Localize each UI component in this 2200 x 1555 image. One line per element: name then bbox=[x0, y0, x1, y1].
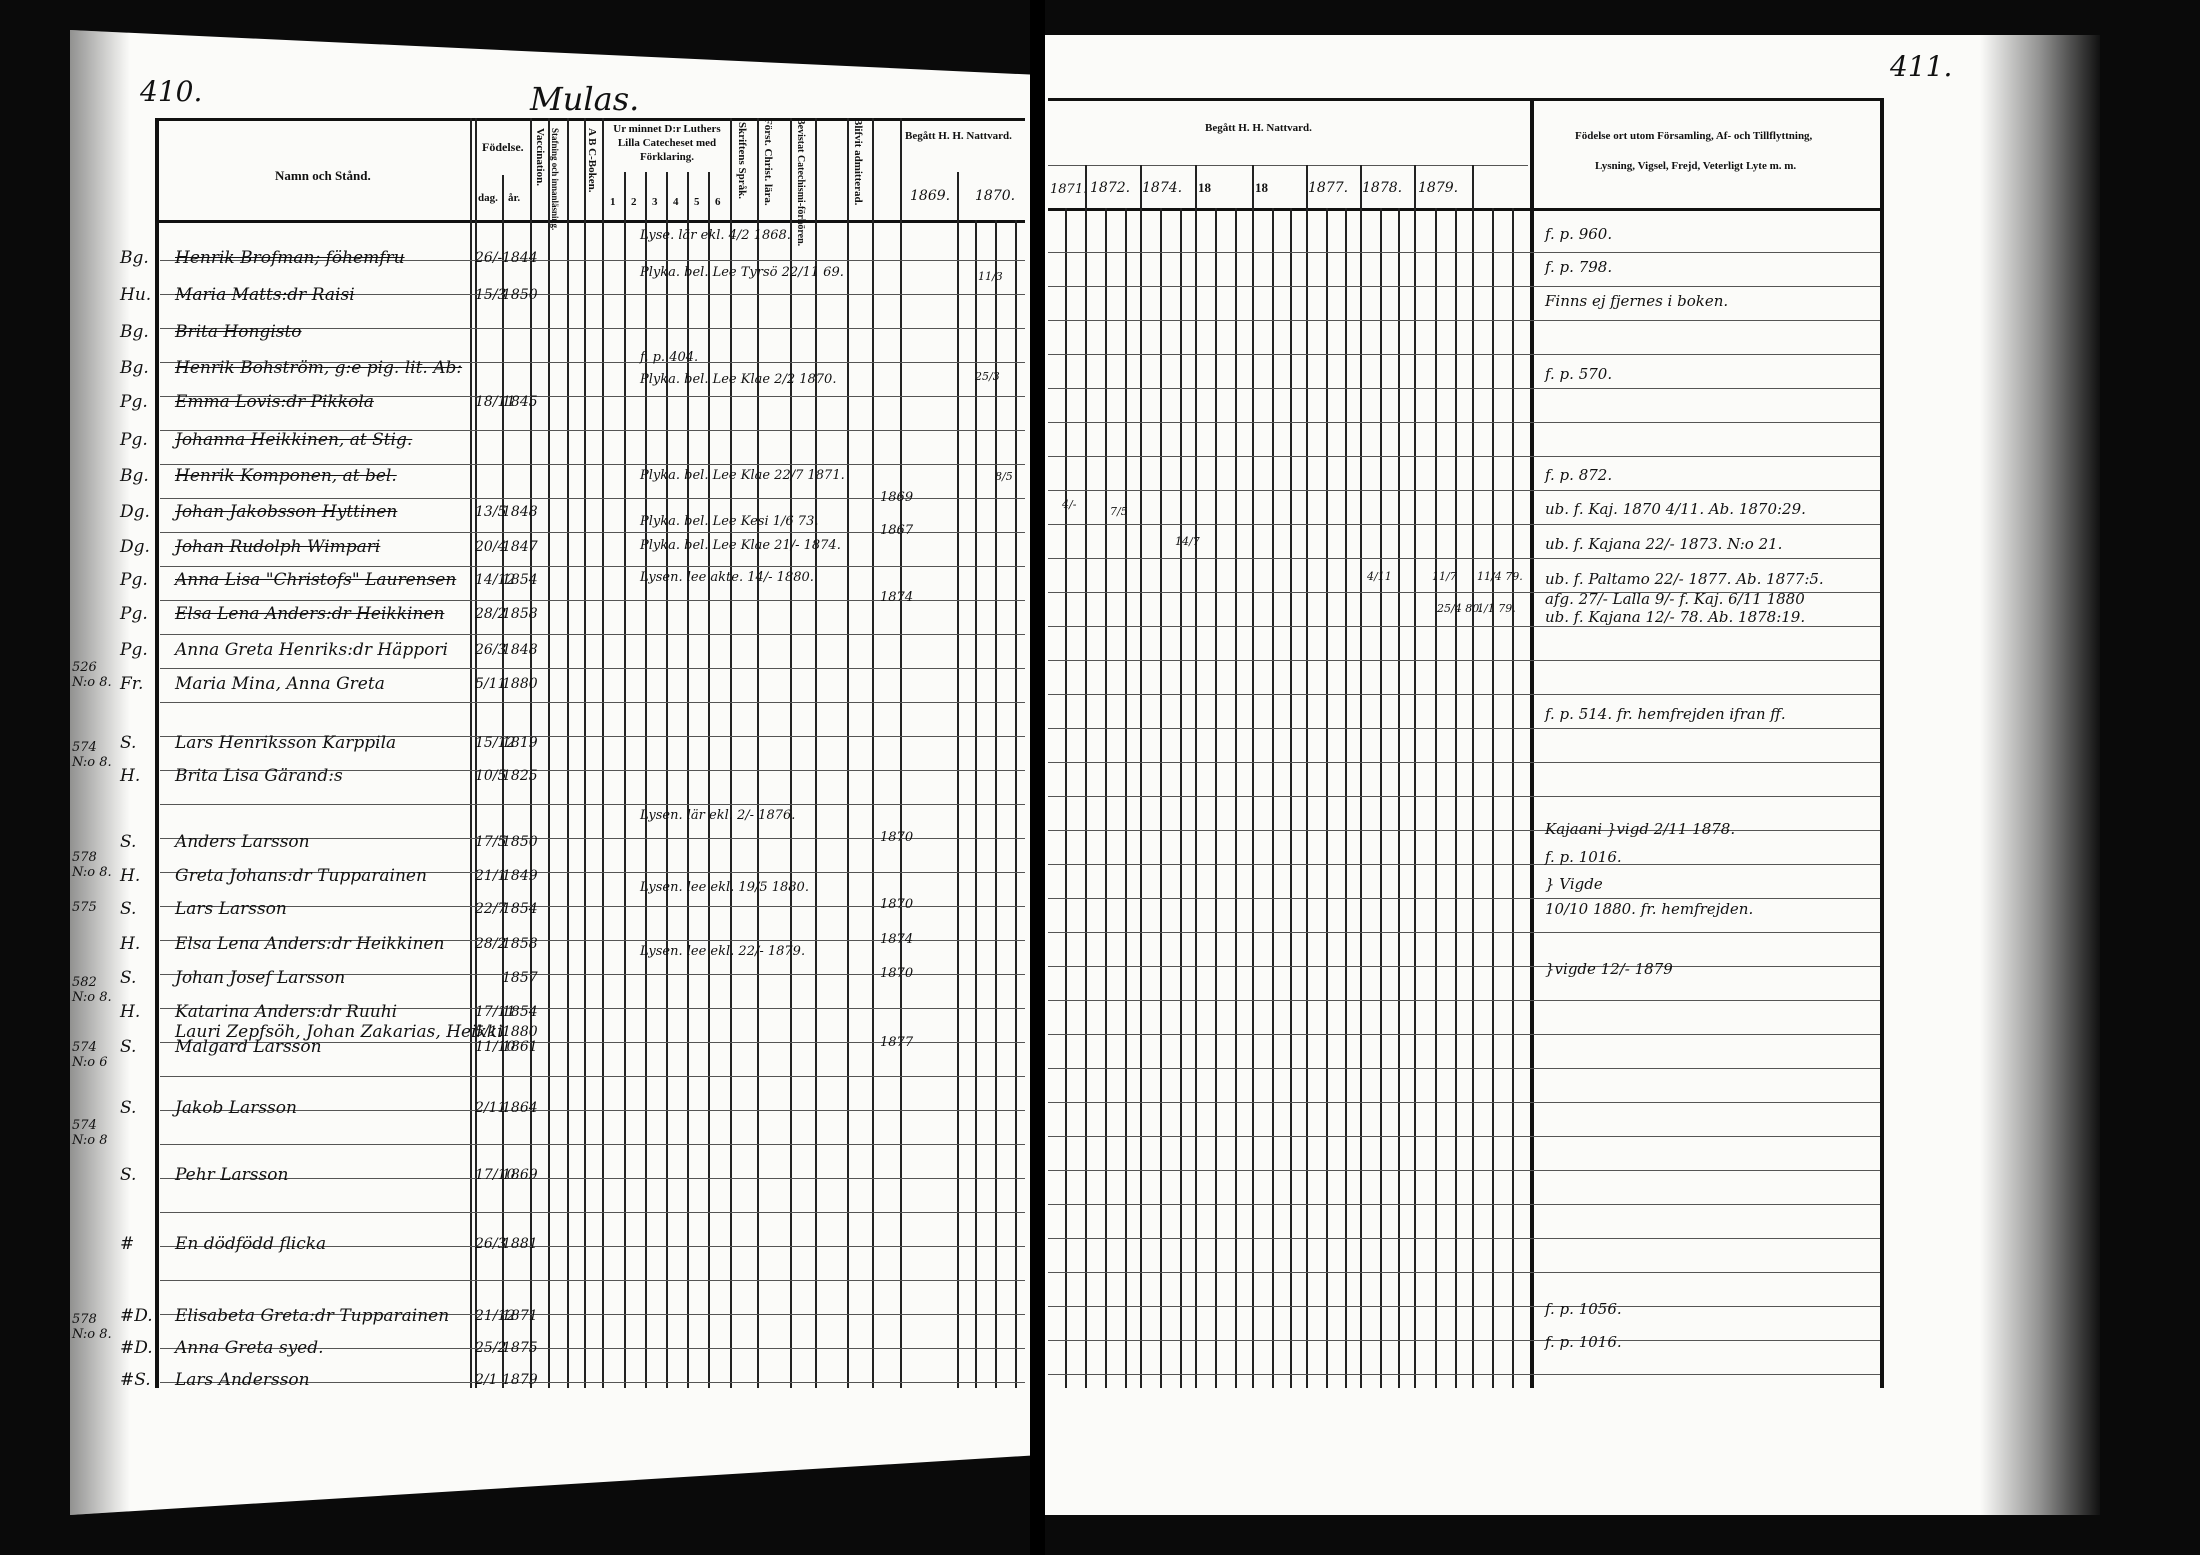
row-prefix: Pg. bbox=[120, 640, 148, 660]
ruled-line-left bbox=[160, 804, 1025, 805]
col-rule bbox=[1512, 208, 1514, 1388]
margin-reference: 574 N:o 8 bbox=[72, 1118, 112, 1148]
communion-mark: 11/7 bbox=[1432, 570, 1457, 583]
communion-year-1871: 1871. bbox=[1050, 182, 1087, 197]
header-communion-left: Begått H. H. Nattvard. bbox=[905, 130, 1012, 142]
birth-year: 1844 bbox=[502, 250, 538, 266]
admitted-year: 1869 bbox=[880, 490, 913, 505]
catechism-note: Lyse. lär ekl. 4/2 1868. bbox=[640, 228, 791, 243]
communion-year-blank-1: 18 bbox=[1198, 180, 1211, 196]
person-name: Anders Larsson bbox=[175, 832, 310, 852]
remark-entry: ub. f. Kajana 22/- 1873. N:o 21. bbox=[1545, 535, 1782, 553]
catechism-note: f. p. 404. bbox=[640, 350, 698, 365]
ruled-line-left bbox=[160, 1144, 1025, 1145]
communion-mark: 4/- bbox=[1062, 498, 1076, 511]
header-birth-day: dag. bbox=[478, 192, 498, 204]
col-rule bbox=[1235, 208, 1237, 1388]
row-prefix: Pg. bbox=[120, 570, 148, 590]
birth-year: 1871 bbox=[502, 1308, 538, 1324]
right-header-bottom-rule bbox=[1048, 208, 1883, 211]
ruled-line-right bbox=[1048, 966, 1880, 967]
right-year-rule bbox=[1048, 165, 1528, 166]
communion-mark: 14/7 bbox=[1175, 535, 1200, 548]
admitted-year: 1870 bbox=[880, 830, 913, 845]
remark-entry: f. p. 570. bbox=[1545, 365, 1612, 383]
ruled-line-right bbox=[1048, 456, 1880, 457]
table-row[interactable]: S.Jakob Larsson2/111864 bbox=[120, 1098, 1020, 1128]
birth-year: 1854 bbox=[502, 572, 538, 588]
row-prefix: H. bbox=[120, 1002, 140, 1022]
table-row[interactable]: #En dödfödd flicka26/31881 bbox=[120, 1234, 1020, 1264]
header-scripture: Skriftens Språk. bbox=[736, 122, 748, 217]
catechism-note: Plyka. bel. Lee Klae 21/- 1874. bbox=[640, 538, 841, 553]
birth-year: 1861 bbox=[502, 1039, 538, 1055]
ruled-line-right bbox=[1048, 1340, 1880, 1341]
table-row[interactable]: Bg.Henrik Bohström, g:e pig. lit. Ab: bbox=[120, 358, 1020, 388]
ruled-line-right bbox=[1048, 286, 1880, 287]
ruled-line-right bbox=[1048, 728, 1880, 729]
ruled-line-right bbox=[1048, 694, 1880, 695]
col-rule bbox=[1065, 208, 1067, 1388]
birth-year: 1849 bbox=[502, 868, 538, 884]
col-rule bbox=[1215, 208, 1217, 1388]
catechism-part-2: 2 bbox=[631, 196, 637, 208]
row-prefix: Dg. bbox=[120, 502, 150, 522]
person-name: Greta Johans:dr Tupparainen bbox=[175, 866, 427, 886]
row-prefix: H. bbox=[120, 934, 140, 954]
table-row[interactable]: Pg.Elsa Lena Anders:dr Heikkinen28/21858 bbox=[120, 604, 1020, 634]
right-page bbox=[1045, 35, 2100, 1515]
village-heading: Mulas. bbox=[530, 80, 639, 118]
person-name: Elsa Lena Anders:dr Heikkinen bbox=[175, 934, 444, 954]
remark-entry: ub. f. Kajana 12/- 78. Ab. 1878:19. bbox=[1545, 608, 1805, 626]
table-row[interactable]: #S.Lars Andersson2/11879 bbox=[120, 1370, 1020, 1400]
row-prefix: S. bbox=[120, 832, 136, 852]
margin-reference: 582 N:o 8. bbox=[72, 975, 112, 1005]
person-name: Jakob Larsson bbox=[175, 1098, 297, 1118]
remark-entry: 10/10 1880. fr. hemfrejden. bbox=[1545, 900, 1753, 918]
admitted-year: 1877 bbox=[880, 1035, 913, 1050]
left-header-bottom-rule bbox=[155, 220, 1025, 223]
birth-year: 1880 bbox=[502, 676, 538, 692]
margin-reference: 578 N:o 8. bbox=[72, 850, 112, 880]
ruled-line-right bbox=[1048, 660, 1880, 661]
person-name: Henrik Komponen, at bel. bbox=[175, 466, 397, 486]
col-rule bbox=[1435, 208, 1437, 1388]
communion-year-1872: 1872. bbox=[1090, 180, 1130, 196]
row-prefix: Bg. bbox=[120, 358, 149, 378]
person-name: Malgard Larsson bbox=[175, 1037, 322, 1057]
header-communion-right: Begått H. H. Nattvard. bbox=[1205, 122, 1312, 134]
ruled-line-right bbox=[1048, 762, 1880, 763]
remark-entry: ub. f. Paltamo 22/- 1877. Ab. 1877:5. bbox=[1545, 570, 1824, 588]
ruled-line-right bbox=[1048, 558, 1880, 559]
row-prefix: #D. bbox=[120, 1338, 153, 1358]
table-row[interactable]: S.Pehr Larsson17/101869 bbox=[120, 1165, 1020, 1195]
margin-reference: 574 N:o 8. bbox=[72, 740, 112, 770]
row-prefix: S. bbox=[120, 968, 136, 988]
person-name: Brita Lisa Gärand:s bbox=[175, 766, 343, 786]
person-name: Johan Josef Larsson bbox=[175, 968, 345, 988]
row-prefix: Pg. bbox=[120, 604, 148, 624]
table-row[interactable]: #D.Anna Greta syed.25/21875 bbox=[120, 1338, 1020, 1368]
communion-year-1879: 1879. bbox=[1418, 180, 1458, 196]
ruled-line-right bbox=[1048, 864, 1880, 865]
person-name: Anna Greta syed. bbox=[175, 1338, 324, 1358]
ruled-line-right bbox=[1048, 1102, 1880, 1103]
table-row[interactable]: Dg.Johan Rudolph Wimpari20/41847 bbox=[120, 537, 1020, 567]
col-rule bbox=[1180, 208, 1182, 1388]
remark-entry: f. p. 514. fr. hemfrejden ifran ff. bbox=[1545, 705, 1786, 723]
birth-year: 1850 bbox=[502, 287, 538, 303]
col-rule bbox=[1125, 208, 1127, 1388]
admitted-year: 1874 bbox=[880, 932, 913, 947]
birth-day: 26/- bbox=[475, 250, 502, 266]
communion-year-1874: 1874. bbox=[1142, 180, 1182, 196]
communion-year-1878: 1878. bbox=[1362, 180, 1402, 196]
catechism-note: Lysen. lär ekl. 2/- 1876. bbox=[640, 808, 795, 823]
person-name: Anna Lisa "Christofs" Laurensen bbox=[175, 570, 456, 590]
col-rule bbox=[1398, 208, 1400, 1388]
ruled-line-right bbox=[1048, 1374, 1880, 1375]
remark-entry: Kajaani }vigd 2/11 1878. bbox=[1545, 820, 1735, 838]
ruled-line-right bbox=[1048, 1136, 1880, 1137]
row-prefix: Pg. bbox=[120, 430, 148, 450]
ruled-line-right bbox=[1048, 898, 1880, 899]
header-catechism: Ur minnet D:r Luthers Lilla Catecheset m… bbox=[606, 122, 728, 164]
header-birth-year: år. bbox=[508, 192, 520, 204]
remark-entry: f. p. 1016. bbox=[1545, 848, 1622, 866]
row-prefix: S. bbox=[120, 899, 136, 919]
header-notes-line1: Födelse ort utom Församling, Af- och Til… bbox=[1575, 130, 1812, 142]
person-name: Maria Matts:dr Raisi bbox=[175, 285, 355, 305]
catechism-part-3: 3 bbox=[652, 196, 658, 208]
header-birth: Födelse. bbox=[482, 140, 524, 155]
right-table-right-border bbox=[1880, 98, 1884, 1388]
ruled-line-right bbox=[1048, 1170, 1880, 1171]
ruled-line-right bbox=[1048, 932, 1880, 933]
col-rule bbox=[1455, 208, 1457, 1388]
row-prefix: Fr. bbox=[120, 674, 143, 694]
catechism-part-6: 6 bbox=[715, 196, 721, 208]
communion-mark: 7/5 bbox=[1110, 505, 1128, 518]
catechism-part-1: 1 bbox=[610, 196, 616, 208]
row-prefix: #D. bbox=[120, 1306, 153, 1326]
person-name: Katarina Anders:dr Ruuhi bbox=[175, 1002, 397, 1022]
birth-year: 1845 bbox=[502, 394, 538, 410]
communion-year-1869: 1869. bbox=[910, 188, 950, 204]
birth-year: 1848 bbox=[502, 504, 538, 520]
person-name: Johanna Heikkinen, at Stig. bbox=[175, 430, 412, 450]
row-prefix: #S. bbox=[120, 1370, 151, 1390]
ruled-line-right bbox=[1048, 796, 1880, 797]
person-name: Elisabeta Greta:dr Tupparainen bbox=[175, 1306, 449, 1326]
catechism-note: Lysen. lee ekl. 22/- 1879. bbox=[640, 944, 805, 959]
birth-year: 1854 bbox=[502, 1004, 538, 1020]
header-first-christ: Först. Christ. lära. bbox=[762, 118, 774, 218]
row-prefix: S. bbox=[120, 733, 136, 753]
ruled-line-left bbox=[160, 464, 1025, 465]
col-rule bbox=[1380, 208, 1382, 1388]
table-row[interactable]: S.Lars Henriksson Karppila15/121819 bbox=[120, 733, 1020, 763]
communion-mark: 4/11 bbox=[1367, 570, 1392, 583]
remark-entry: f. p. 1016. bbox=[1545, 1333, 1622, 1351]
book-gutter bbox=[1030, 0, 1045, 1555]
birth-year: 1864 bbox=[502, 1100, 538, 1116]
catechism-note: Lysen. lee ekl. 19/5 1880. bbox=[640, 880, 809, 895]
ruled-line-right bbox=[1048, 830, 1880, 831]
ruled-line-left bbox=[160, 1280, 1025, 1281]
person-name: Lars Larsson bbox=[175, 899, 287, 919]
table-row[interactable]: Fr.Maria Mina, Anna Greta5/111880 bbox=[120, 674, 1020, 704]
table-row[interactable]: Hu.Maria Matts:dr Raisi15/31850 bbox=[120, 285, 1020, 315]
remark-entry: afg. 27/- Lalla 9/- f. Kaj. 6/11 1880 bbox=[1545, 590, 1805, 608]
right-notes-col-border bbox=[1530, 98, 1534, 1388]
ruled-line-left bbox=[160, 1212, 1025, 1213]
communion-mark: 25/4 80. bbox=[1437, 602, 1483, 615]
col-rule bbox=[1272, 208, 1274, 1388]
person-name: Johan Jakobsson Hyttinen bbox=[175, 502, 397, 522]
admitted-year: 1867 bbox=[880, 523, 913, 538]
ruled-line-right bbox=[1048, 320, 1880, 321]
header-attended-exam: Bevistat Catechismi-förhören. bbox=[795, 118, 806, 218]
birth-year: 1819 bbox=[502, 735, 538, 751]
row-prefix: Dg. bbox=[120, 537, 150, 557]
catechism-part-4: 4 bbox=[673, 196, 679, 208]
birth-year: 1854 bbox=[502, 901, 538, 917]
ruled-line-right bbox=[1048, 1238, 1880, 1239]
remark-entry: } Vigde bbox=[1545, 875, 1603, 893]
catechism-note: Plyka. bel. Lee Kesi 1/6 73. bbox=[640, 514, 818, 529]
right-header-top-rule bbox=[1048, 98, 1883, 101]
person-name: Henrik Brofman; föhemfru bbox=[175, 248, 405, 268]
communion-mark: 1/1 79. bbox=[1477, 602, 1516, 615]
ruled-line-right bbox=[1048, 422, 1880, 423]
row-prefix: S. bbox=[120, 1165, 136, 1185]
margin-reference: 574 N:o 6 bbox=[72, 1040, 112, 1070]
table-row[interactable]: Pg.Emma Lovis:dr Pikkola18/111845 bbox=[120, 392, 1020, 422]
birth-year: 1848 bbox=[502, 642, 538, 658]
person-name: Brita Hongisto bbox=[175, 322, 302, 342]
col-rule bbox=[1290, 208, 1292, 1388]
communion-year-1877: 1877. bbox=[1308, 180, 1348, 196]
admitted-year: 1874 bbox=[880, 590, 913, 605]
birth-day: 2/1 bbox=[475, 1372, 498, 1388]
communion-year-blank-2: 18 bbox=[1255, 180, 1268, 196]
catechism-note: Lysen. lee akte. 14/- 1880. bbox=[640, 570, 814, 585]
table-row[interactable]: Pg.Anna Greta Henriks:dr Häppori26/31848 bbox=[120, 640, 1020, 670]
ruled-line-left bbox=[160, 1076, 1025, 1077]
remark-entry: Finns ej fjernes i boken. bbox=[1545, 292, 1728, 310]
admitted-year: 1870 bbox=[880, 897, 913, 912]
row-prefix: # bbox=[120, 1234, 134, 1254]
catechism-note: Plyka. bel. Lee Tyrsö 22/11 69. bbox=[640, 265, 844, 280]
row-prefix: S. bbox=[120, 1098, 136, 1118]
left-page-number: 410. bbox=[140, 75, 202, 108]
margin-reference: 578 N:o 8. bbox=[72, 1312, 112, 1342]
ruled-line-right bbox=[1048, 1272, 1880, 1273]
table-row[interactable]: Pg.Johanna Heikkinen, at Stig. bbox=[120, 430, 1020, 460]
person-name: Lars Andersson bbox=[175, 1370, 310, 1390]
ruled-line-right bbox=[1048, 388, 1880, 389]
header-admitted: Blifvit admitterad. bbox=[852, 118, 864, 218]
catechism-note: Plyka. bel. Lee Klae 2/2 1870. bbox=[640, 372, 836, 387]
header-reading: Stafning och innanläsning. bbox=[550, 128, 560, 218]
ruled-line-right bbox=[1048, 524, 1880, 525]
admitted-year: 1870 bbox=[880, 966, 913, 981]
communion-mark: 8/5 bbox=[995, 470, 1013, 483]
birth-year: 1875 bbox=[502, 1340, 538, 1356]
left-header-top-rule bbox=[155, 118, 1025, 121]
col-rule bbox=[1160, 208, 1162, 1388]
catechism-part-5: 5 bbox=[694, 196, 700, 208]
remark-entry: ub. f. Kaj. 1870 4/11. Ab. 1870:29. bbox=[1545, 500, 1806, 518]
col-rule bbox=[1326, 208, 1328, 1388]
row-prefix: H. bbox=[120, 766, 140, 786]
right-page-number: 411. bbox=[1890, 50, 1952, 83]
row-prefix: Hu. bbox=[120, 285, 151, 305]
header-notes-line2: Lysning, Vigsel, Frejd, Veterligt Lyte m… bbox=[1595, 160, 1796, 172]
remark-entry: f. p. 798. bbox=[1545, 258, 1612, 276]
person-name: Johan Rudolph Wimpari bbox=[175, 537, 380, 557]
header-vaccination: Vaccination. bbox=[534, 128, 546, 218]
ruled-line-right bbox=[1048, 1068, 1880, 1069]
communion-year-1870: 1870. bbox=[975, 188, 1015, 204]
person-name: Emma Lovis:dr Pikkola bbox=[175, 392, 374, 412]
birth-year: 1879 bbox=[502, 1372, 538, 1388]
row-prefix: Bg. bbox=[120, 466, 149, 486]
ruled-line-right bbox=[1048, 626, 1880, 627]
birth-year: 1850 bbox=[502, 834, 538, 850]
row-prefix: Bg. bbox=[120, 322, 149, 342]
ruled-line-right bbox=[1048, 1306, 1880, 1307]
row-prefix: Bg. bbox=[120, 248, 149, 268]
table-row[interactable]: H.Greta Johans:dr Tupparainen21/11849 bbox=[120, 866, 1020, 896]
remark-entry: f. p. 960. bbox=[1545, 225, 1612, 243]
row-prefix: H. bbox=[120, 866, 140, 886]
row-prefix: S. bbox=[120, 1037, 136, 1057]
birth-year: 1858 bbox=[502, 936, 538, 952]
person-name: Pehr Larsson bbox=[175, 1165, 288, 1185]
col-rule bbox=[1105, 208, 1107, 1388]
communion-mark: 11/3 bbox=[978, 270, 1003, 283]
ruled-line-right bbox=[1048, 252, 1880, 253]
col-rule bbox=[1492, 208, 1494, 1388]
birth-year: 1881 bbox=[502, 1236, 538, 1252]
ruled-line-right bbox=[1048, 1204, 1880, 1205]
ruled-line-right bbox=[1048, 354, 1880, 355]
birth-year: 1825 bbox=[502, 768, 538, 784]
birth-year: 1869 bbox=[502, 1167, 538, 1183]
row-prefix: Pg. bbox=[120, 392, 148, 412]
header-name-and-status: Namn och Stånd. bbox=[275, 168, 371, 184]
margin-reference: 575 bbox=[72, 900, 112, 915]
person-name: Maria Mina, Anna Greta bbox=[175, 674, 385, 694]
catechism-note: Plyka. bel. Lee Klae 22/7 1871. bbox=[640, 468, 845, 483]
person-name: Elsa Lena Anders:dr Heikkinen bbox=[175, 604, 444, 624]
col-rule bbox=[1345, 208, 1347, 1388]
birth-year: 1857 bbox=[502, 970, 538, 986]
remark-entry: f. p. 1056. bbox=[1545, 1300, 1622, 1318]
table-row[interactable]: H.Brita Lisa Gärand:s10/51825 bbox=[120, 766, 1020, 796]
header-abc-book: A B C-Boken. bbox=[586, 128, 598, 218]
remark-entry: }vigde 12/- 1879 bbox=[1545, 960, 1673, 978]
person-name: Henrik Bohström, g:e pig. lit. Ab: bbox=[175, 358, 462, 378]
person-name: Lars Henriksson Karppila bbox=[175, 733, 396, 753]
ruled-line-right bbox=[1048, 1034, 1880, 1035]
communion-mark: 25/3 bbox=[975, 370, 1000, 383]
ruled-line-right bbox=[1048, 490, 1880, 491]
communion-mark: 11/4 79. bbox=[1477, 570, 1523, 583]
table-row[interactable]: Bg.Henrik Brofman; föhemfru26/-1844 bbox=[120, 248, 1020, 278]
remark-entry: f. p. 872. bbox=[1545, 466, 1612, 484]
ruled-line-left bbox=[160, 634, 1025, 635]
person-name: Anna Greta Henriks:dr Häppori bbox=[175, 640, 448, 660]
person-name: En dödfödd flicka bbox=[175, 1234, 326, 1254]
ruled-line-right bbox=[1048, 1000, 1880, 1001]
birth-year: 1847 bbox=[502, 539, 538, 555]
table-row[interactable]: Bg.Brita Hongisto bbox=[120, 322, 1020, 352]
margin-reference: 526 N:o 8. bbox=[72, 660, 112, 690]
table-row[interactable]: #D.Elisabeta Greta:dr Tupparainen21/1218… bbox=[120, 1306, 1020, 1336]
birth-year: 1858 bbox=[502, 606, 538, 622]
